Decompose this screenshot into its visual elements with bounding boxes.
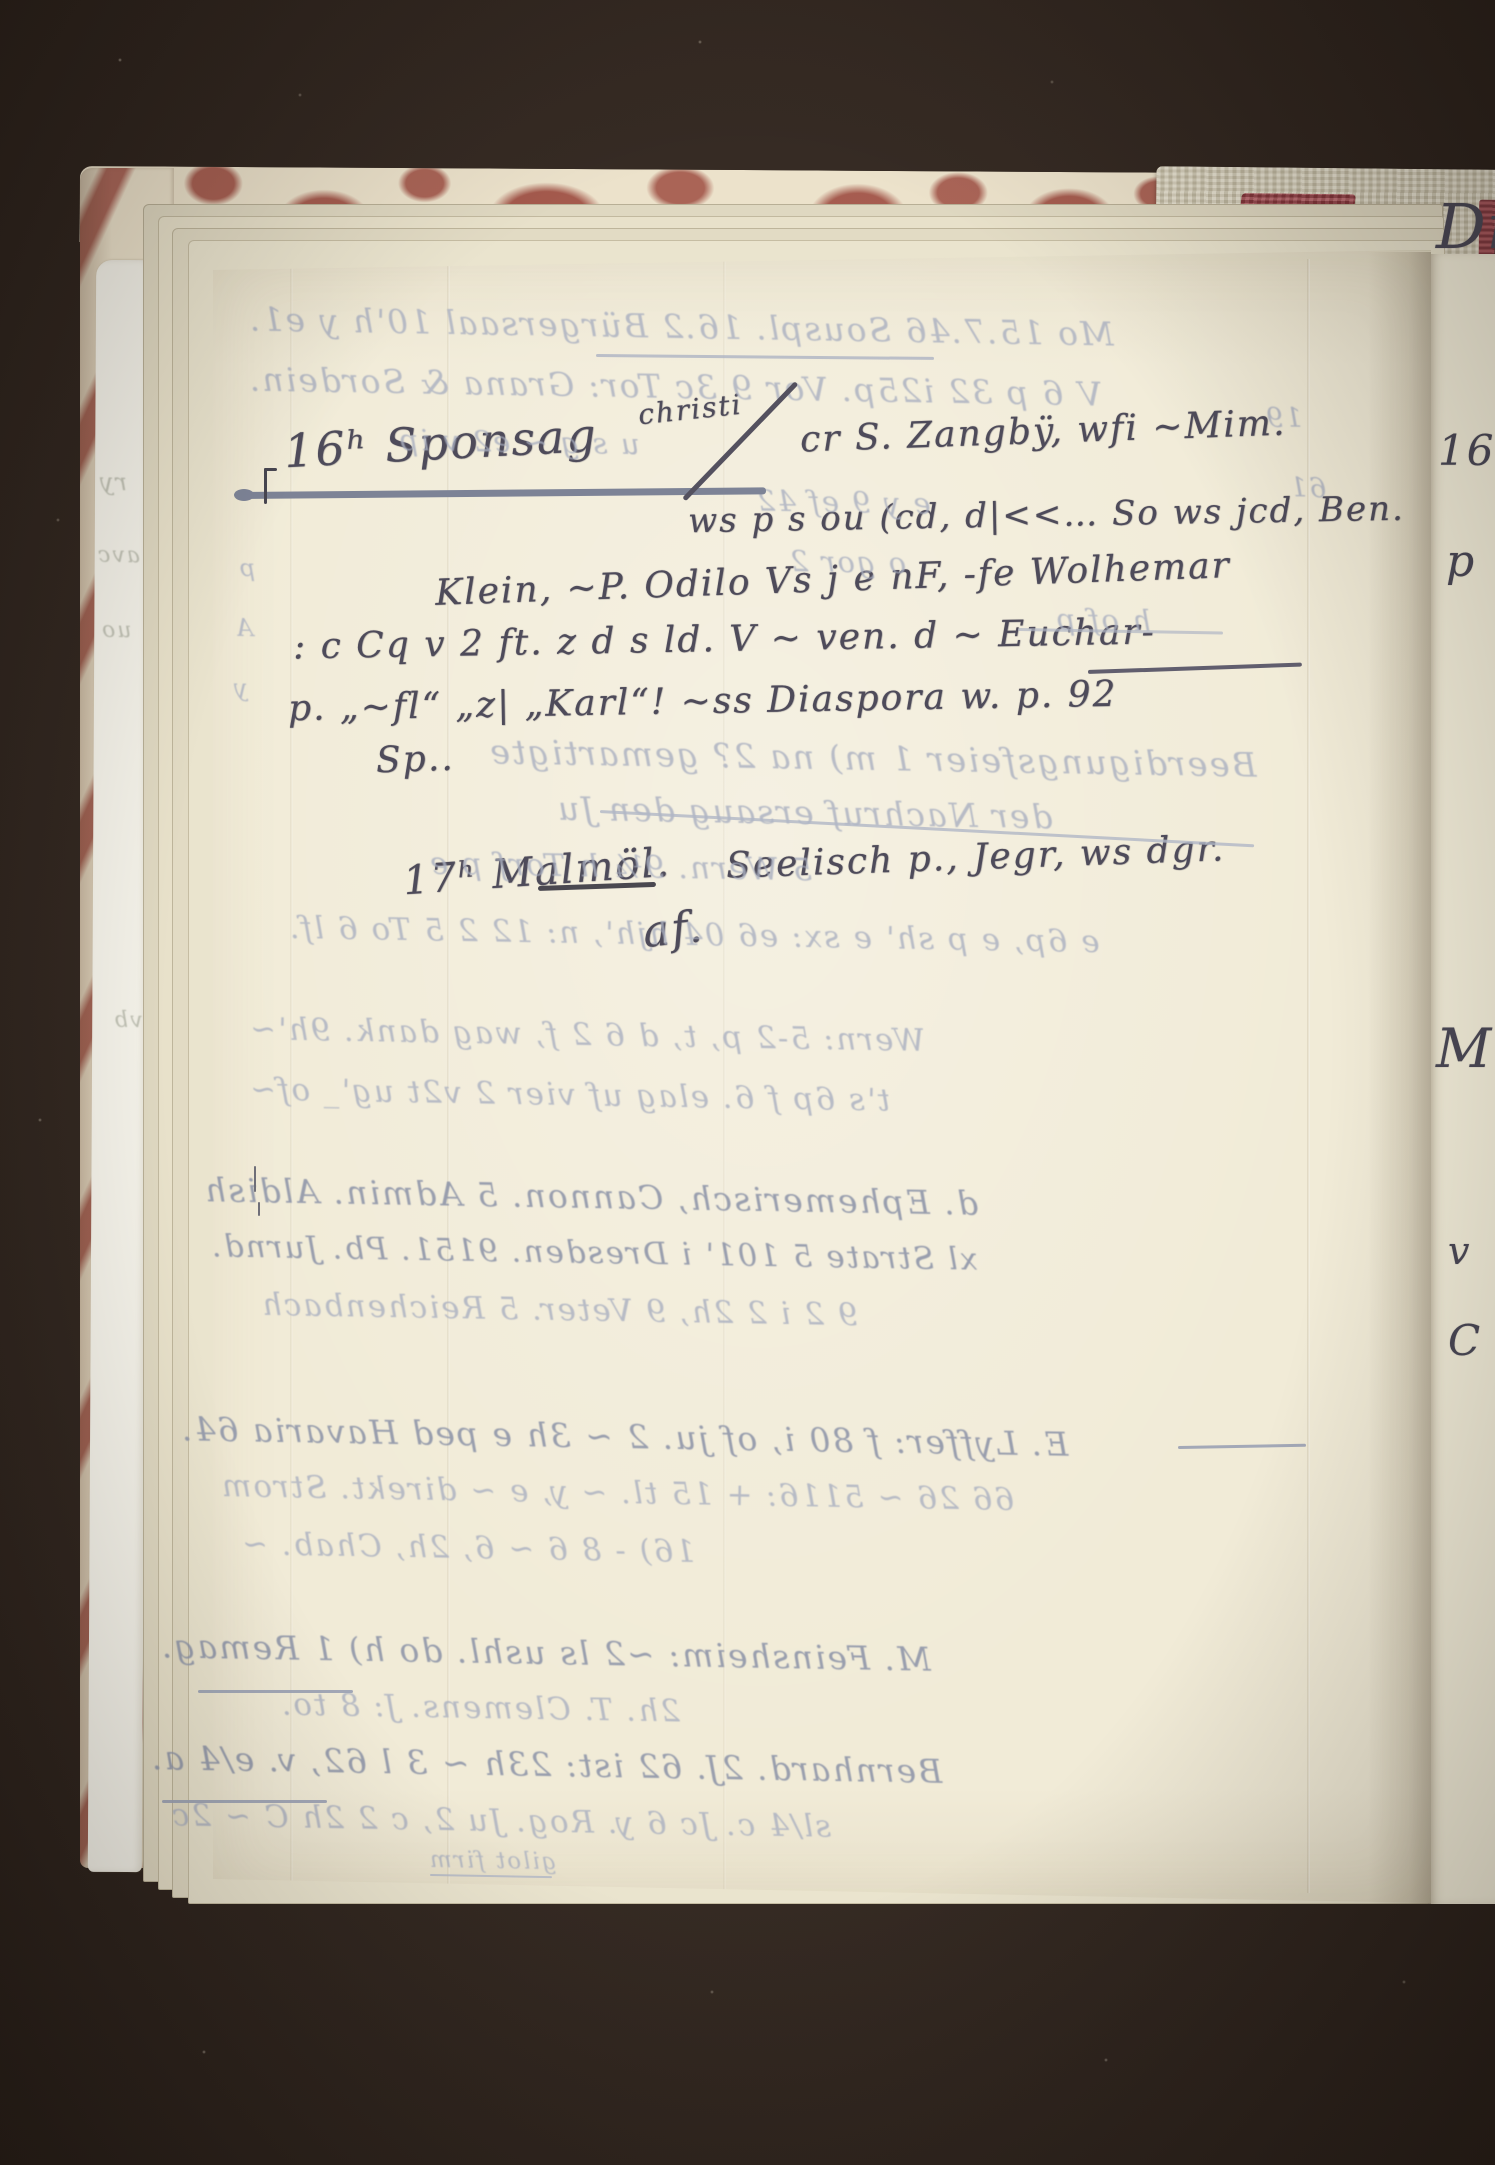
facing-page-strip (1428, 254, 1495, 1904)
diary-page (213, 250, 1431, 1903)
endband-red-corner (1479, 200, 1495, 262)
page-crease-1 (290, 259, 293, 1893)
page-crease-3 (723, 259, 726, 1893)
page-crease-4 (1307, 259, 1310, 1893)
white-endpaper-edge (88, 260, 150, 1872)
page-crease-2 (447, 259, 450, 1893)
photo-canvas: christi16ʰ Sponsagcr S. Zangbÿ, wfi ~Mim… (0, 0, 1495, 2165)
